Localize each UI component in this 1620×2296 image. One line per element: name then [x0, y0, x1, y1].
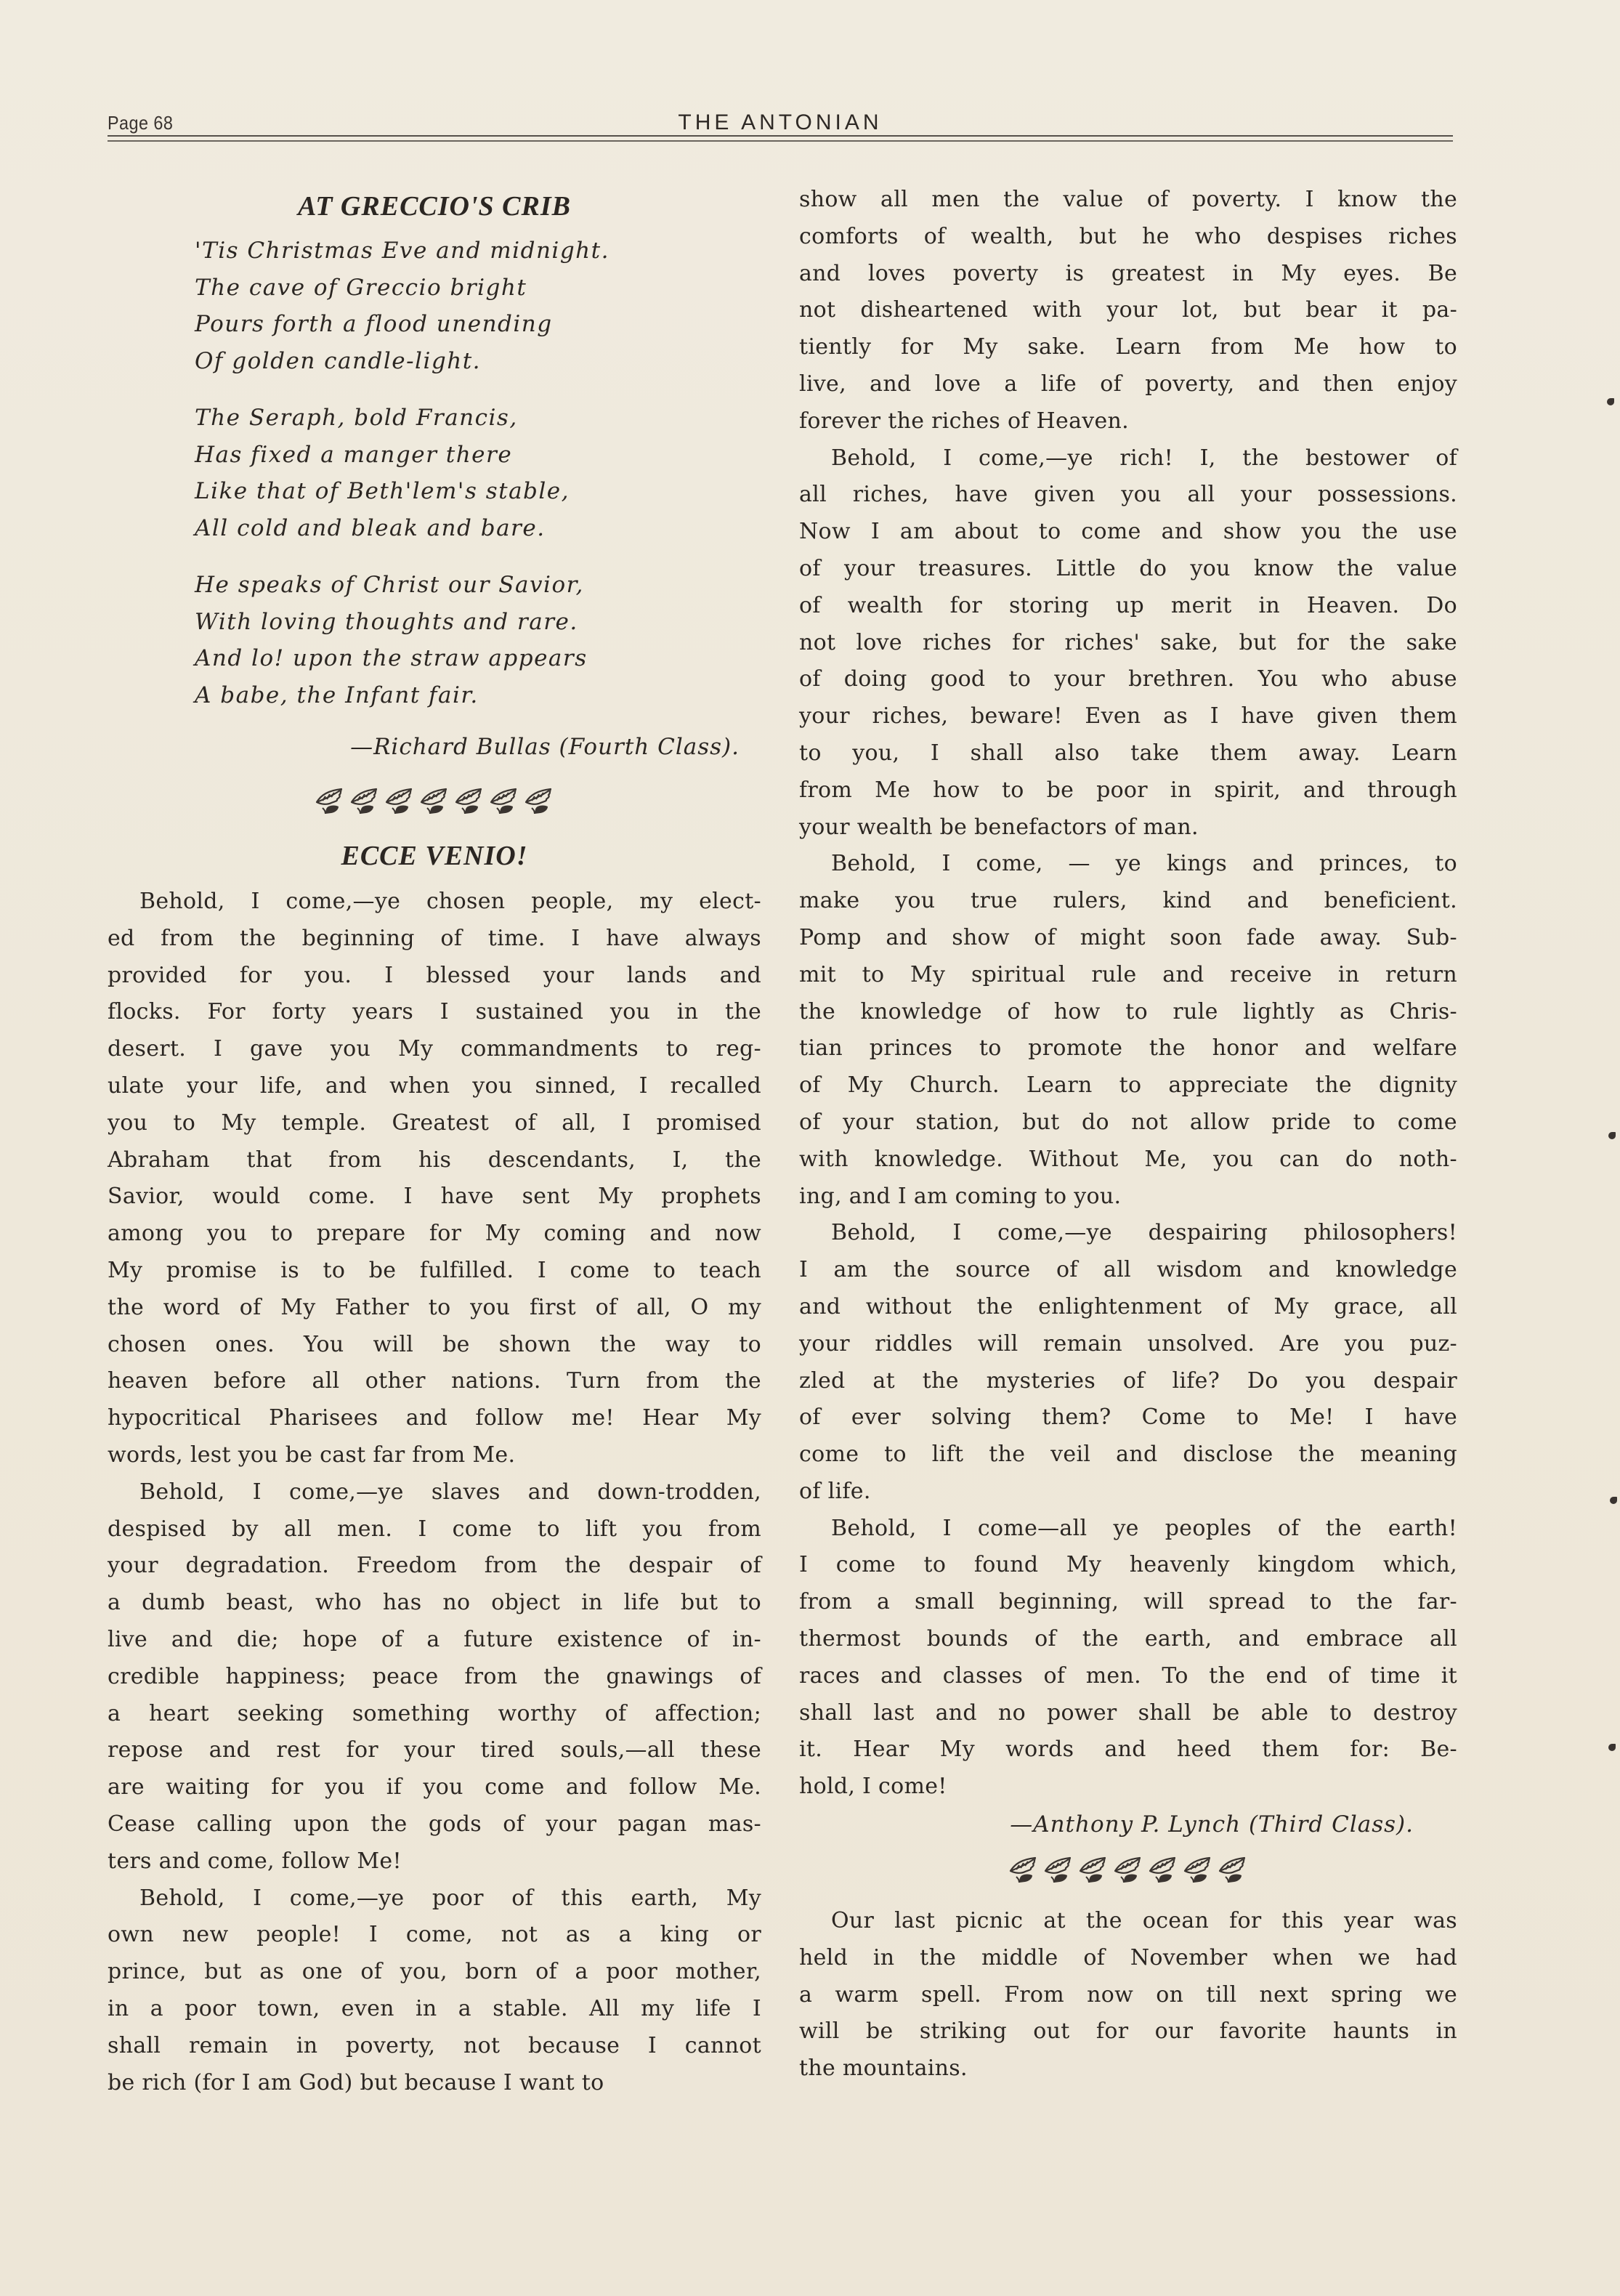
text-line: of My Church. Learn to appreciate the di…: [799, 1067, 1457, 1104]
text-line: your degradation. Freedom from the despa…: [108, 1548, 761, 1585]
essay-body-right: show all men the value of poverty. I kno…: [799, 182, 1457, 1806]
text-line: repose and rest for your tired souls,—al…: [108, 1732, 761, 1769]
text-line: Behold, I come,—ye slaves and down-trodd…: [108, 1474, 761, 1511]
text-line: Abraham that from his descendants, I, th…: [108, 1142, 761, 1179]
poem-verse: All cold and bleak and bare.: [195, 510, 761, 547]
text-line: I come to found My heavenly kingdom whic…: [799, 1547, 1457, 1584]
text-line: comforts of wealth, but he who despises …: [799, 219, 1457, 256]
holly-leaf-icon: [384, 786, 416, 818]
poem-verse: Has fixed a manger there: [195, 437, 761, 474]
text-line: zled at the mysteries of life? Do you de…: [799, 1363, 1457, 1400]
text-line: to you, I shall also take them away. Lea…: [799, 735, 1457, 772]
text-line: live and die; hope of a future existence…: [108, 1622, 761, 1659]
poem-verse: The cave of Greccio bright: [195, 270, 761, 307]
text-line: the mountains.: [799, 2050, 1457, 2087]
text-line: of ever solving them? Come to Me! I have: [799, 1399, 1457, 1436]
text-line: held in the middle of November when we h…: [799, 1940, 1457, 1977]
text-line: a heart seeking something worthy of affe…: [108, 1696, 761, 1733]
text-line: Our last picnic at the ocean for this ye…: [799, 1903, 1457, 1940]
text-line: Behold, I come,—ye chosen people, my ele…: [108, 884, 761, 921]
text-line: of wealth for storing up merit in Heaven…: [799, 588, 1457, 625]
holly-leaf-icon: [1042, 1855, 1074, 1887]
text-line: the knowledge of how to rule lightly as …: [799, 994, 1457, 1031]
text-line: I am the source of all wisdom and knowle…: [799, 1252, 1457, 1289]
text-line: shall remain in poverty, not because I c…: [108, 2028, 761, 2065]
text-line: not love riches for riches' sake, but fo…: [799, 625, 1457, 662]
holly-leaf-icon: [523, 786, 555, 818]
text-line: it. Hear My words and heed them for: Be-: [799, 1731, 1457, 1769]
header-rule-top: [108, 135, 1453, 137]
text-line: with knowledge. Without Me, you can do n…: [799, 1141, 1457, 1179]
print-speck: [1607, 398, 1614, 405]
holly-leaf-icon: [1008, 1855, 1040, 1887]
text-line: thermost bounds of the earth, and embrac…: [799, 1621, 1457, 1658]
poem-stanza: 'Tis Christmas Eve and midnight.The cave…: [195, 233, 761, 379]
publication-title: THE ANTONIAN: [108, 110, 1453, 135]
print-speck: [1608, 1744, 1616, 1751]
poem-byline: —Richard Bullas (Fourth Class).: [108, 734, 761, 760]
text-line: from Me how to be poor in spirit, and th…: [799, 772, 1457, 809]
text-line: chosen ones. You will be shown the way t…: [108, 1327, 761, 1364]
text-line: a warm spell. From now on till next spri…: [799, 1977, 1457, 2014]
poem-verse: Pours forth a flood unending: [195, 306, 761, 343]
holly-leaf-icon: [488, 786, 520, 818]
text-line: provided for you. I blessed your lands a…: [108, 958, 761, 995]
text-line: live, and love a life of poverty, and th…: [799, 366, 1457, 403]
essay-paragraph: Behold, I come,—ye despairing philosophe…: [799, 1215, 1457, 1510]
essay-paragraph: Behold, I come,—ye chosen people, my ele…: [108, 884, 761, 1474]
poem-verse: With loving thoughts and rare.: [195, 604, 761, 641]
text-line: of doing good to your brethren. You who …: [799, 661, 1457, 698]
text-line: Behold, I come,—ye despairing philosophe…: [799, 1215, 1457, 1252]
text-line: your riches, beware! Even as I have give…: [799, 698, 1457, 735]
text-line: heaven before all other nations. Turn fr…: [108, 1363, 761, 1400]
poem-stanza: The Seraph, bold Francis,Has fixed a man…: [195, 400, 761, 546]
poem-verse: 'Tis Christmas Eve and midnight.: [195, 233, 761, 270]
holly-leaf-icon: [418, 786, 450, 818]
essay-paragraph: Behold, I come, — ye kings and princes, …: [799, 846, 1457, 1215]
picnic-note: Our last picnic at the ocean for this ye…: [799, 1903, 1457, 2087]
holly-leaf-icon: [1217, 1855, 1249, 1887]
text-line: make you true rulers, kind and beneficie…: [799, 883, 1457, 920]
holly-leaf-icon: [453, 786, 485, 818]
text-line: ters and come, follow Me!: [108, 1843, 761, 1880]
text-line: Cease calling upon the gods of your paga…: [108, 1806, 761, 1843]
text-line: of your treasures. Little do you know th…: [799, 551, 1457, 588]
text-line: Behold, I come,—ye rich! I, the bestower…: [799, 440, 1457, 477]
text-line: ed from the beginning of time. I have al…: [108, 921, 761, 958]
text-line: Behold, I come,—ye poor of this earth, M…: [108, 1880, 761, 1917]
text-line: ing, and I am coming to you.: [799, 1179, 1457, 1216]
holly-leaf-icon: [314, 786, 346, 818]
text-line: the word of My Father to you first of al…: [108, 1290, 761, 1327]
holly-divider-icon: [799, 1855, 1457, 1887]
poem-stanza: He speaks of Christ our Savior,With lovi…: [195, 567, 761, 714]
holly-leaf-icon: [1147, 1855, 1179, 1887]
text-line: will be striking out for our favorite ha…: [799, 2013, 1457, 2050]
poem-verse: The Seraph, bold Francis,: [195, 400, 761, 437]
poem-title: AT GRECCIO'S CRIB: [108, 190, 761, 222]
text-line: show all men the value of poverty. I kno…: [799, 182, 1457, 219]
poem-verse: Like that of Beth'lem's stable,: [195, 473, 761, 510]
text-line: all riches, have given you all your poss…: [799, 477, 1457, 514]
text-line: Behold, I come—all ye peoples of the ear…: [799, 1511, 1457, 1548]
text-line: and loves poverty is greatest in My eyes…: [799, 256, 1457, 293]
essay-paragraph: Behold, I come,—ye poor of this earth, M…: [108, 1880, 761, 2102]
print-speck: [1608, 1132, 1616, 1139]
text-line: not disheartened with your lot, but bear…: [799, 292, 1457, 329]
text-line: mit to My spiritual rule and receive in …: [799, 957, 1457, 994]
text-line: and without the enlightenment of My grac…: [799, 1289, 1457, 1326]
text-line: hypocritical Pharisees and follow me! He…: [108, 1400, 761, 1437]
text-line: forever the riches of Heaven.: [799, 403, 1457, 440]
text-line: from a small beginning, will spread to t…: [799, 1584, 1457, 1621]
text-line: your riddles will remain unsolved. Are y…: [799, 1326, 1457, 1363]
left-column: AT GRECCIO'S CRIB 'Tis Christmas Eve and…: [108, 182, 761, 2101]
poem-verse: He speaks of Christ our Savior,: [195, 567, 761, 604]
text-line: prince, but as one of you, born of a poo…: [108, 1954, 761, 1991]
text-line: words, lest you be cast far from Me.: [108, 1437, 761, 1474]
text-line: Pomp and show of might soon fade away. S…: [799, 920, 1457, 957]
holly-leaf-icon: [349, 786, 381, 818]
text-line: Behold, I come, — ye kings and princes, …: [799, 846, 1457, 883]
essay-byline: —Anthony P. Lynch (Third Class).: [799, 1811, 1457, 1838]
holly-leaf-icon: [1077, 1855, 1109, 1887]
text-line: Savior, would come. I have sent My proph…: [108, 1179, 761, 1216]
text-line: own new people! I come, not as a king or: [108, 1917, 761, 1954]
holly-leaf-icon: [1182, 1855, 1214, 1887]
poem-verse: Of golden candle-light.: [195, 343, 761, 380]
print-speck: [1610, 1497, 1617, 1504]
text-line: races and classes of men. To the end of …: [799, 1658, 1457, 1695]
essay-paragraph: Behold, I come,—ye slaves and down-trodd…: [108, 1474, 761, 1880]
essay-paragraph: Behold, I come,—ye rich! I, the bestower…: [799, 440, 1457, 846]
essay-paragraph: show all men the value of poverty. I kno…: [799, 182, 1457, 440]
text-line: flocks. For forty years I sustained you …: [108, 994, 761, 1031]
header-rule-bottom: [108, 140, 1453, 142]
text-line: despised by all men. I come to lift you …: [108, 1511, 761, 1548]
text-line: in a poor town, even in a stable. All my…: [108, 1991, 761, 2028]
text-line: among you to prepare for My coming and n…: [108, 1216, 761, 1253]
poem-body: 'Tis Christmas Eve and midnight.The cave…: [108, 233, 761, 714]
text-line: desert. I gave you My commandments to re…: [108, 1031, 761, 1068]
poem-verse: A babe, the Infant fair.: [195, 677, 761, 714]
essay-paragraph: Behold, I come—all ye peoples of the ear…: [799, 1511, 1457, 1806]
text-line: of life.: [799, 1474, 1457, 1511]
text-line: be rich (for I am God) but because I wan…: [108, 2065, 761, 2102]
holly-leaf-icon: [1112, 1855, 1144, 1887]
page: Page 68 THE ANTONIAN AT GRECCIO'S CRIB '…: [0, 0, 1620, 2296]
text-line: Now I am about to come and show you the …: [799, 514, 1457, 551]
note-paragraph: Our last picnic at the ocean for this ye…: [799, 1903, 1457, 2087]
text-line: My promise is to be fulfilled. I come to…: [108, 1253, 761, 1290]
text-line: a dumb beast, who has no object in life …: [108, 1585, 761, 1622]
text-line: you to My temple. Greatest of all, I pro…: [108, 1105, 761, 1142]
text-line: hold, I come!: [799, 1769, 1457, 1806]
text-line: credible happiness; peace from the gnawi…: [108, 1659, 761, 1696]
poem-verse: And lo! upon the straw appears: [195, 640, 761, 677]
text-line: your wealth be benefactors of man.: [799, 809, 1457, 846]
essay-body-left: Behold, I come,—ye chosen people, my ele…: [108, 884, 761, 2101]
text-line: tiently for My sake. Learn from Me how t…: [799, 329, 1457, 366]
text-line: come to lift the veil and disclose the m…: [799, 1436, 1457, 1474]
text-line: of your station, but do not allow pride …: [799, 1104, 1457, 1141]
essay-title: ECCE VENIO!: [108, 840, 761, 872]
text-line: ulate your life, and when you sinned, I …: [108, 1068, 761, 1105]
text-line: tian princes to promote the honor and we…: [799, 1030, 1457, 1067]
holly-divider-icon: [108, 786, 761, 818]
text-line: shall last and no power shall be able to…: [799, 1695, 1457, 1732]
text-line: are waiting for you if you come and foll…: [108, 1769, 761, 1806]
right-column: show all men the value of poverty. I kno…: [799, 182, 1457, 2087]
